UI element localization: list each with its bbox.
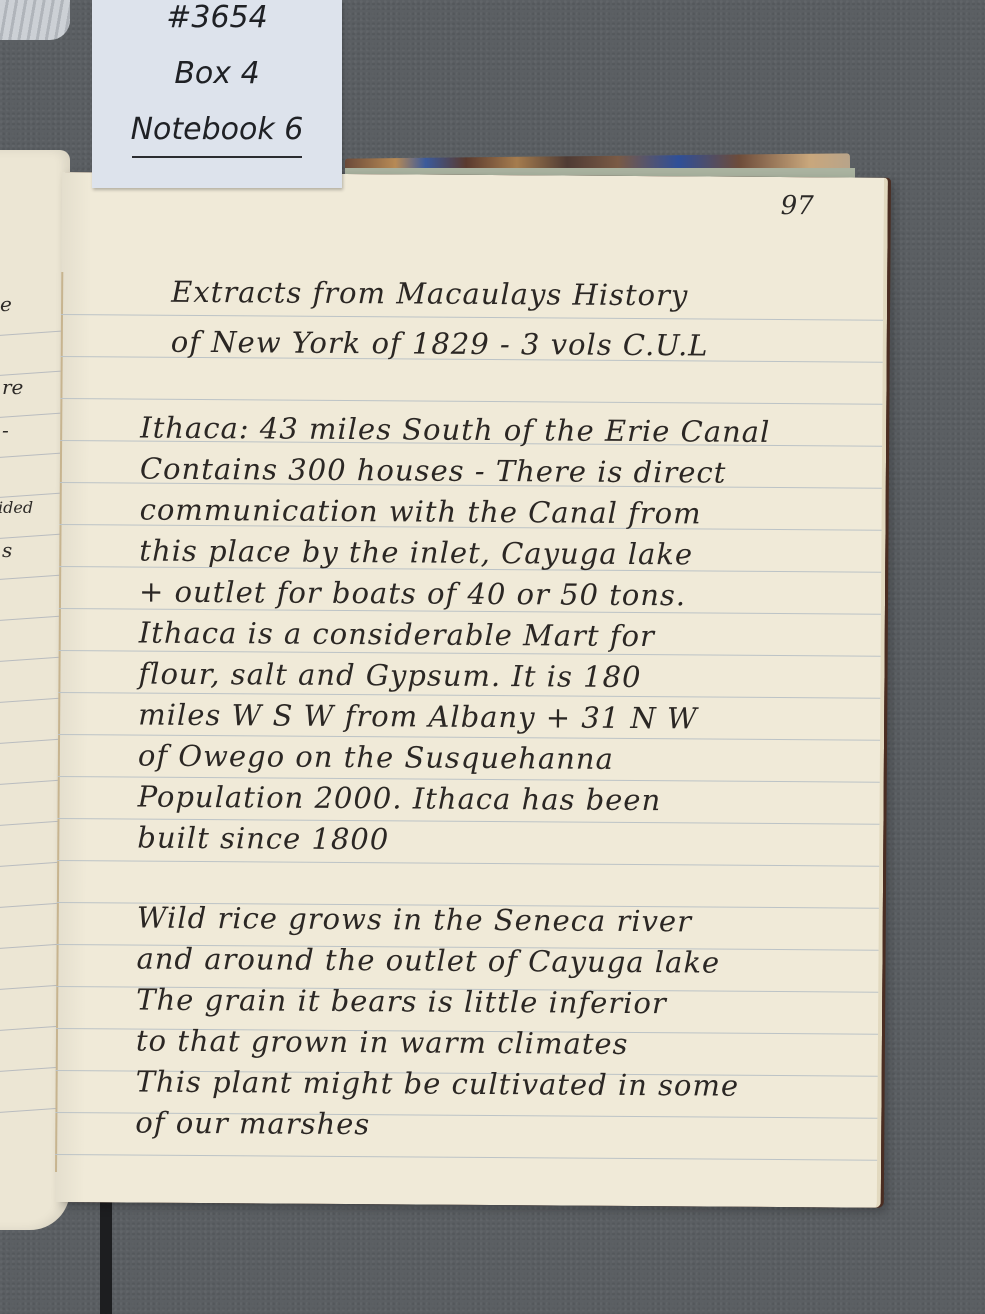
paragraph-line: miles W S W from Albany + 31 N W [138, 698, 698, 736]
box-number: Box 4 [92, 56, 342, 91]
cord-tie [0, 0, 70, 40]
paragraph-line: of Owego on the Susquehanna [138, 739, 614, 776]
notebook-number: Notebook 6 [92, 112, 342, 147]
paragraph-line: of our marshes [135, 1106, 370, 1142]
label-underline [132, 156, 302, 158]
paragraph-line: flour, salt and Gypsum. It is 180 [138, 657, 641, 695]
heading-line: of New York of 1829 - 3 vols C.U.L [171, 325, 709, 363]
notebook-page: 97 Extracts from Macaulays History of Ne… [55, 172, 888, 1208]
paragraph-line: The grain it bears is little inferior [136, 983, 667, 1021]
paragraph-line: communication with the Canal from [140, 493, 702, 531]
paragraph-line: this place by the inlet, Cayuga lake [139, 534, 693, 572]
paragraph-line: to that grown in warm climates [136, 1024, 629, 1061]
left-fragment: e [0, 292, 12, 316]
paragraph-line: built since 1800 [137, 821, 389, 857]
page-number: 97 [781, 191, 814, 221]
paragraph-line: and around the outlet of Cayuga lake [136, 942, 720, 980]
left-fragment: - [2, 418, 9, 442]
paragraph-line: This plant might be cultivated in some [136, 1065, 740, 1103]
paragraph-line: + outlet for boats of 40 or 50 tons. [139, 575, 686, 613]
paragraph-line: Ithaca: 43 miles South of the Erie Canal [140, 411, 770, 449]
left-fragment: s [2, 538, 12, 562]
left-fragment: re [2, 375, 23, 399]
paragraph-line: Contains 300 houses - There is direct [140, 452, 727, 490]
paragraph-line: Ithaca is a considerable Mart for [139, 616, 655, 654]
heading-line: Extracts from Macaulays History [171, 275, 688, 313]
paragraph-line: Population 2000. Ithaca has been [138, 780, 662, 818]
archive-label-card: #3654 Box 4 Notebook 6 [92, 0, 342, 188]
left-fragment: ided [0, 498, 33, 517]
accession-number: #3654 [92, 0, 342, 35]
paragraph-line: Wild rice grows in the Seneca river [137, 901, 692, 939]
